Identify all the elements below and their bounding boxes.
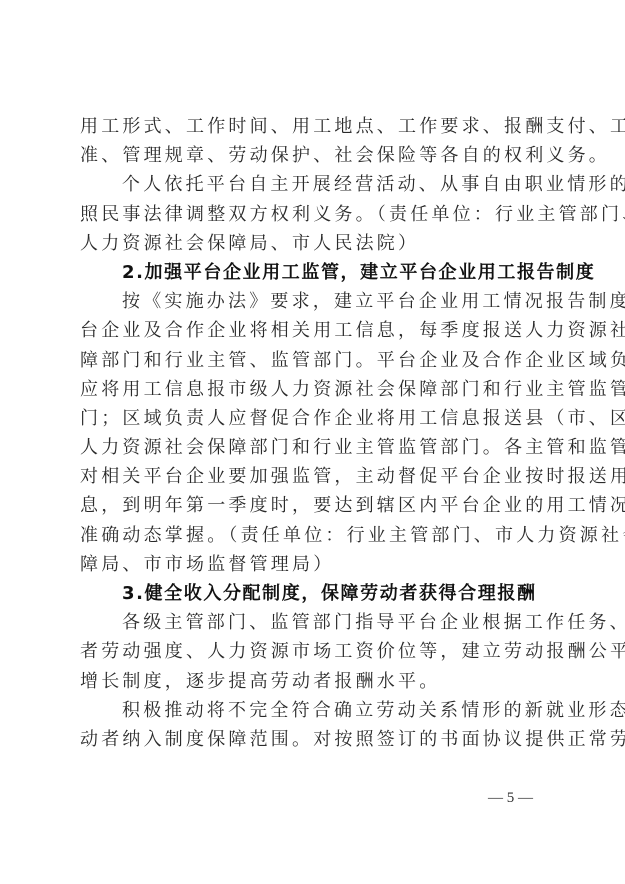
text-line: 对相关平台企业要加强监管，主动督促平台企业按时报送用工信 (80, 462, 552, 491)
paragraph-start: 各级主管部门、监管部门指导平台企业根据工作任务、劳动 (80, 608, 552, 637)
text-line: 照民事法律调整双方权利义务。（责任单位：行业主管部门、市 (80, 200, 552, 229)
section-heading-3: 3.健全收入分配制度，保障劳动者获得合理报酬 (80, 579, 552, 608)
text-line: 应将用工信息报市级人力资源社会保障部门和行业主管监管部 (80, 375, 552, 404)
text-line: 准、管理规章、劳动保护、社会保险等各自的权利义务。 (80, 141, 552, 170)
text-line: 台企业及合作企业将相关用工信息，每季度报送人力资源社会保 (80, 316, 552, 345)
section-heading-2: 2.加强平台企业用工监管，建立平台企业用工报告制度 (80, 258, 552, 287)
text-line: 障部门和行业主管、监管部门。平台企业及合作企业区域负责人 (80, 346, 552, 375)
document-page: 用工形式、工作时间、用工地点、工作要求、报酬支付、工时标 准、管理规章、劳动保护… (80, 112, 552, 754)
page-number: — 5 — (488, 790, 533, 807)
paragraph-start: 按《实施办法》要求，建立平台企业用工情况报告制度，平 (80, 287, 552, 316)
text-line: 用工形式、工作时间、用工地点、工作要求、报酬支付、工时标 (80, 112, 552, 141)
text-line: 障局、市市场监督管理局） (80, 550, 552, 579)
text-line: 动者纳入制度保障范围。对按照签订的书面协议提供正常劳动的 (80, 725, 552, 754)
text-line: 者劳动强度、人力资源市场工资价位等，建立劳动报酬公平合理 (80, 637, 552, 666)
text-line: 人力资源社会保障部门和行业主管监管部门。各主管和监管部门 (80, 433, 552, 462)
text-line: 门；区域负责人应督促合作企业将用工信息报送县（市、区）级 (80, 404, 552, 433)
text-line: 增长制度，逐步提高劳动者报酬水平。 (80, 667, 552, 696)
text-line: 准确动态掌握。（责任单位：行业主管部门、市人力资源社会保 (80, 521, 552, 550)
text-line: 人力资源社会保障局、市人民法院） (80, 229, 552, 258)
text-line: 息，到明年第一季度时，要达到辖区内平台企业的用工情况能够 (80, 491, 552, 520)
paragraph-start: 个人依托平台自主开展经营活动、从事自由职业情形的，按 (80, 170, 552, 199)
paragraph-start: 积极推动将不完全符合确立劳动关系情形的新就业形态劳 (80, 696, 552, 725)
